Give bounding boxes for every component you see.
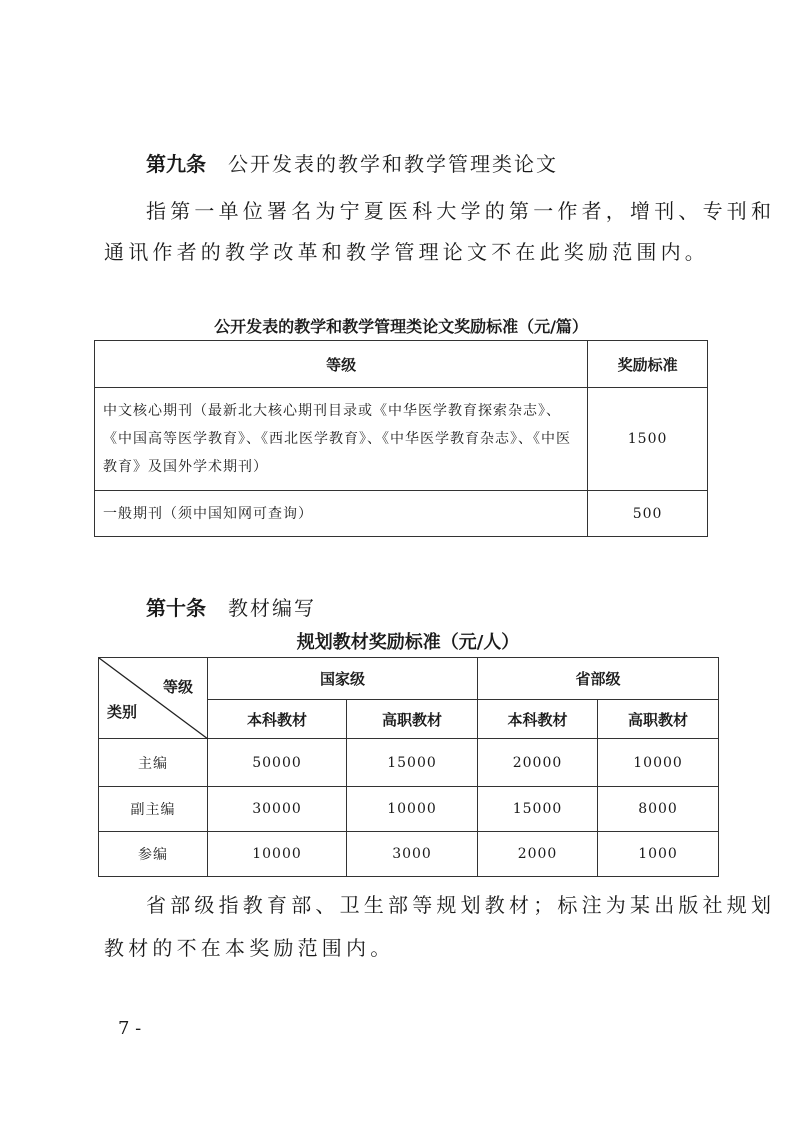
article-10-number: 第十条 [146, 596, 206, 620]
cell-value: 50000 [208, 739, 347, 787]
article-9-title: 公开发表的教学和教学管理类论文 [228, 152, 558, 176]
subheader-vocational: 高职教材 [347, 700, 478, 739]
table-row: 参编 10000 3000 2000 1000 [99, 832, 719, 877]
table-header-row: 等级 奖励标准 [95, 341, 708, 388]
row-category: 参编 [99, 832, 208, 877]
subheader-vocational: 高职教材 [598, 700, 719, 739]
article-9-number: 第九条 [146, 152, 206, 176]
cell-value: 30000 [208, 787, 347, 832]
cell-value: 10000 [208, 832, 347, 877]
header-reward: 奖励标准 [588, 341, 708, 388]
cell-value: 2000 [478, 832, 598, 877]
row-reward: 500 [588, 491, 708, 537]
group-national: 国家级 [208, 658, 478, 700]
row-level: 一般期刊（须中国知网可查询） [95, 491, 588, 537]
article-9-heading: 第九条公开发表的教学和教学管理类论文 [146, 148, 558, 177]
corner-category-label: 类别 [107, 701, 137, 722]
cell-value: 8000 [598, 787, 719, 832]
note-line-1: 省部级指教育部、卫生部等规划教材；标注为某出版社规划 [146, 889, 775, 918]
article-9-paragraph-line-1: 指第一单位署名为宁夏医科大学的第一作者，增刊、专刊和 [146, 195, 775, 224]
cell-value: 3000 [347, 832, 478, 877]
table-row: 主编 50000 15000 20000 10000 [99, 739, 719, 787]
group-provincial: 省部级 [478, 658, 719, 700]
diagonal-line-icon [99, 658, 208, 739]
article-10-heading: 第十条教材编写 [146, 592, 316, 621]
corner-cell: 等级 类别 [99, 658, 208, 739]
table-2-caption: 规划教材奖励标准（元/人） [98, 628, 718, 654]
corner-level-label: 等级 [163, 676, 193, 697]
cell-value: 1000 [598, 832, 719, 877]
textbook-reward-table: 等级 类别 国家级 省部级 本科教材 高职教材 本科教材 高职教材 主编 500… [98, 657, 719, 877]
subheader-undergrad: 本科教材 [208, 700, 347, 739]
table-row: 副主编 30000 10000 15000 8000 [99, 787, 719, 832]
cell-value: 15000 [347, 739, 478, 787]
note-line-2: 教材的不在本奖励范围内。 [104, 932, 394, 961]
cell-value: 10000 [598, 739, 719, 787]
article-10-title: 教材编写 [228, 596, 316, 620]
row-category: 副主编 [99, 787, 208, 832]
subheader-undergrad: 本科教材 [478, 700, 598, 739]
cell-value: 20000 [478, 739, 598, 787]
page-number: 7 - [118, 1018, 141, 1039]
article-9-paragraph-line-2: 通讯作者的教学改革和教学管理论文不在此奖励范围内。 [104, 236, 709, 265]
header-level: 等级 [95, 341, 588, 388]
row-reward: 1500 [588, 388, 708, 491]
cell-value: 15000 [478, 787, 598, 832]
row-category: 主编 [99, 739, 208, 787]
cell-value: 10000 [347, 787, 478, 832]
table-header-row: 等级 类别 国家级 省部级 [99, 658, 719, 700]
table-1-caption: 公开发表的教学和教学管理类论文奖励标准（元/篇） [94, 314, 708, 337]
row-level: 中文核心期刊（最新北大核心期刊目录或《中华医学教育探索杂志》、《中国高等医学教育… [95, 388, 588, 491]
table-row: 一般期刊（须中国知网可查询） 500 [95, 491, 708, 537]
table-row: 中文核心期刊（最新北大核心期刊目录或《中华医学教育探索杂志》、《中国高等医学教育… [95, 388, 708, 491]
paper-reward-table: 等级 奖励标准 中文核心期刊（最新北大核心期刊目录或《中华医学教育探索杂志》、《… [94, 340, 708, 537]
